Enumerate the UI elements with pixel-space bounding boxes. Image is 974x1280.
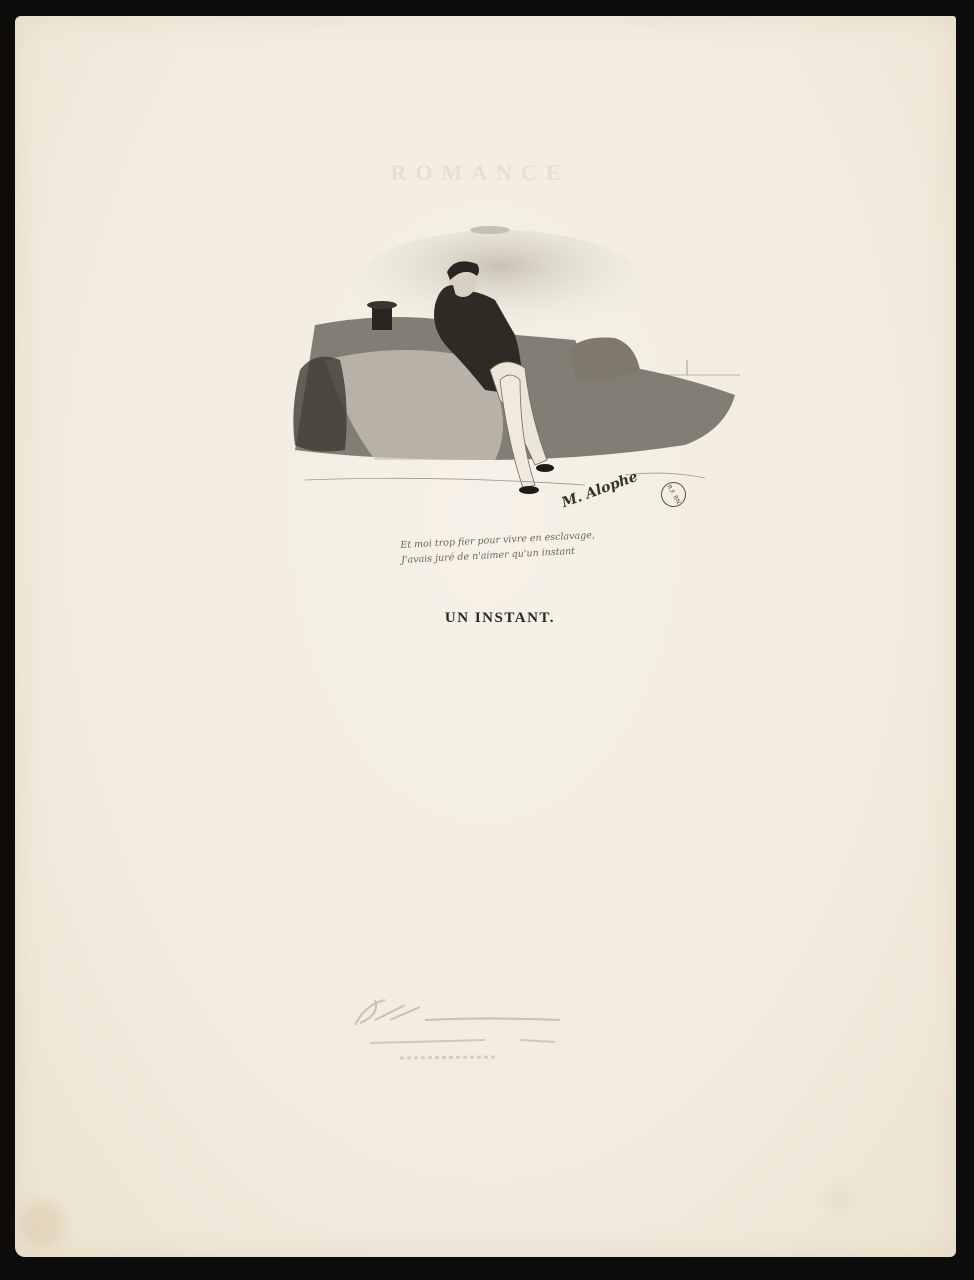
lithograph-illustration bbox=[285, 220, 745, 510]
foxing-stain bbox=[20, 1201, 65, 1246]
foxing-stain bbox=[825, 1186, 855, 1211]
print-title: UN INSTANT. bbox=[380, 610, 620, 627]
faint-signature-flourish bbox=[345, 995, 575, 1075]
faint-header-text: ROMANCE bbox=[350, 160, 610, 186]
